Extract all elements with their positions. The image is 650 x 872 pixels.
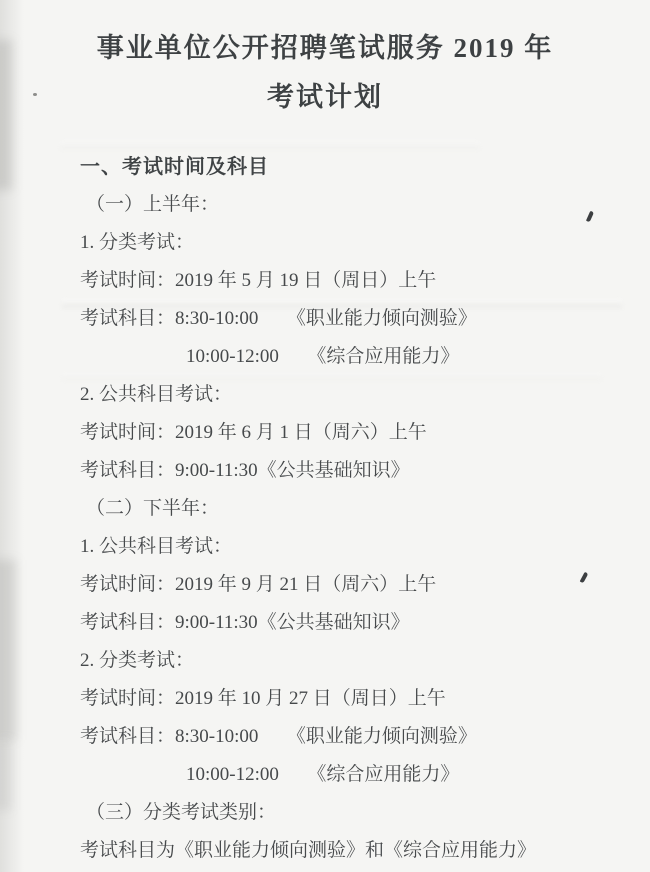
doc-line: 2. 分类考试：	[80, 642, 626, 680]
subsection-label: （二）下半年：	[80, 490, 626, 528]
doc-line: 考试时间：2019 年 10 月 27 日（周日）上午	[80, 680, 626, 718]
doc-line: 10:00-12:00 《综合应用能力》	[80, 756, 626, 794]
doc-line: 2. 公共科目考试：	[80, 376, 626, 414]
document-title-line-1: 事业单位公开招聘笔试服务 2019 年	[0, 24, 650, 73]
subsection-label: （一）上半年：	[80, 186, 626, 224]
doc-line: 考试时间：2019 年 5 月 19 日（周日）上午	[80, 262, 626, 300]
document-body: 一、考试时间及科目 （一）上半年： 1. 分类考试： 考试时间：2019 年 5…	[80, 148, 626, 870]
section-1-heading: 一、考试时间及科目	[80, 148, 626, 186]
document-title-line-2: 考试计划	[0, 73, 650, 122]
subsection-label: （三）分类考试类别：	[80, 794, 626, 832]
doc-line: 考试科目：9:00-11:30《公共基础知识》	[80, 452, 626, 490]
doc-line: 1. 分类考试：	[80, 224, 626, 262]
doc-line: 1. 公共科目考试：	[80, 528, 626, 566]
scanned-document-page: 事业单位公开招聘笔试服务 2019 年 考试计划 一、考试时间及科目 （一）上半…	[0, 0, 650, 872]
scan-edge-shadow	[0, 0, 24, 872]
document-title: 事业单位公开招聘笔试服务 2019 年 考试计划	[0, 24, 650, 122]
doc-line: 考试科目：8:30-10:00 《职业能力倾向测验》	[80, 718, 626, 756]
doc-line: 考试科目：8:30-10:00 《职业能力倾向测验》	[80, 300, 626, 338]
doc-line: 考试科目：9:00-11:30《公共基础知识》	[80, 604, 626, 642]
doc-line: 考试科目为《职业能力倾向测验》和《综合应用能力》	[80, 832, 626, 870]
scan-shading-patch	[0, 560, 16, 740]
doc-line: 考试时间：2019 年 6 月 1 日（周六）上午	[80, 414, 626, 452]
doc-line: 考试时间：2019 年 9 月 21 日（周六）上午	[80, 566, 626, 604]
scan-shading-patch	[0, 740, 11, 810]
doc-line: 10:00-12:00 《综合应用能力》	[80, 338, 626, 376]
